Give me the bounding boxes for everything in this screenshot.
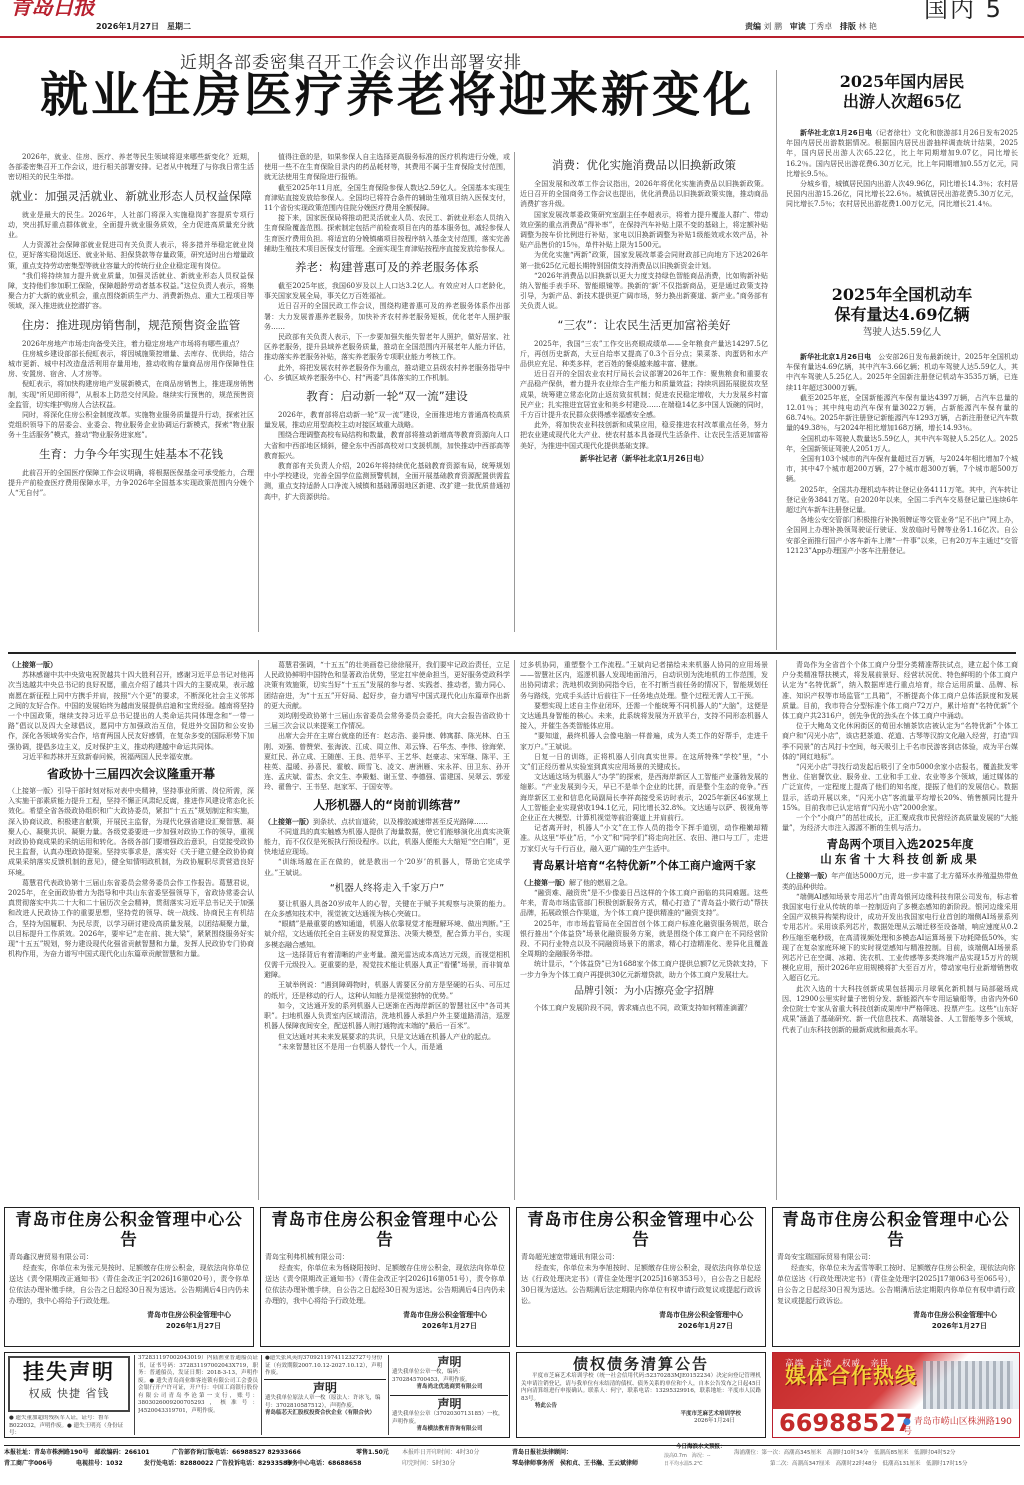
paragraph: 如今，文达通开发的系列机器人已逐渐在西海岸新区的智慧社区中“各司其职”。扫地机器…	[264, 1001, 510, 1032]
paragraph: “端侧AI感知场景专用芯片”由青岛银河边缘科技有限公司发布，标志着我国家电行业从…	[782, 892, 1018, 984]
paragraph: 不同道具的真实触感为机器人提供了海量数据，使它们能够演化出真实决策能力，而不仅仅…	[264, 827, 510, 858]
paragraph: “融资难、融资贵”是不少像姜日吕这样的个体工商户面临的共同难题。这些年来，青岛市…	[520, 888, 768, 919]
paragraph: （上接第一版）引导干部时刻对标对表中央精神，坚持事业所需、岗位所需，深入实施干部…	[8, 786, 254, 878]
paragraph: 截至2025年11月底，全国生育保险参保人数达2.59亿人。全国基本实现生育津贴…	[264, 183, 510, 214]
paragraph: 此外，将把发展农村养老服务作为重点，推动建立县级农村养老服务指导中心、乡镇区域养…	[264, 363, 510, 383]
column-divider	[514, 660, 515, 1200]
notice-box-2: 青岛市住房公积金管理中心公告 青岛宝利弗机械有限公司： 经查实，你单位未为杨晓阳…	[260, 1207, 510, 1347]
paragraph: 近日召开的全国民政工作会议，围绕构建普惠可及的养老服务体系作出部署：大力发展普惠…	[264, 301, 510, 332]
paragraph: 葛慧君强调，“十五五”的壮美画卷已徐徐展开，我们要牢记政治责任，立足人民政协鲜明…	[264, 660, 510, 711]
lower-column-3: 过多机协同，重塑整个工作流程。”王斌向记者描绘未来机器人协同的应用场景——智慧社…	[520, 660, 768, 1200]
section-heading: 住房：推进现房销售制，规范预售资金监管	[8, 318, 254, 333]
article-headline: 省政协十三届四次会议隆重开幕	[8, 766, 254, 782]
paragraph: 2025年，市市场监管局在全国首创个体工商户标准化融资服务规范，联合银行推出“个…	[520, 919, 768, 960]
continued-label: （上接第一版）	[264, 818, 313, 826]
paragraph: 此次入选的十大科技创新成果包括揭示月球氧化新机制与局部磁场成因、12900公里实…	[782, 984, 1018, 1035]
paragraph: 分城乡看，城镇居民国内出游人次49.96亿，同比增长14.3％；农村居民国内出游…	[786, 179, 1018, 210]
paragraph: 这一选择背后有着清晰的产业考量。激光雷达成本高达万元级，而视觉相机仅需千元级投入…	[264, 950, 510, 981]
editor-credits: 责编 刘 鹏 审读 丁秀卓 排版 林 艳	[745, 22, 877, 32]
paragraph: 民政部有关负责人表示，下一步要加强失能失智老年人照护，做好居家、社区养老服务，提…	[264, 332, 510, 363]
lower-column-1: （上接第一版） 苏林感谢中共中央致电祝贺越共十四大胜利召开，感谢习近平总书记对他…	[8, 660, 254, 1200]
notice-date: 2026年1月27日	[777, 1321, 1015, 1332]
section-heading: 生育：力争今年实现生娃基本不花钱	[8, 447, 254, 462]
lead-column-3: 消费：优化实施消费品以旧换新政策 全国发展和改革工作会议指出，2026年将优化实…	[520, 152, 768, 642]
paragraph: 2026年，教育部将启动新一轮“双一流”建设，全面推进地方普通高校高质量发展，推…	[264, 410, 510, 430]
lead-intro: 2026年，就业、住房、医疗、养老等民生领域将迎来哪些新变化？近期，各部委密集召…	[8, 152, 254, 183]
sidebar2-subtitle: 驾驶人达5.59亿人	[784, 328, 1020, 338]
paragraph: 要想实现上述自主作业闭环，还需一个能统筹不同机器人的“大脑”，这便是文达通具身智…	[520, 701, 768, 732]
ad-phone-number: 66988527	[779, 1409, 913, 1437]
reporter: （记者徐壮）	[872, 129, 915, 137]
lead-column-1: 2026年，就业、住房、医疗、养老等民生领域将迎来哪些新变化？近期，各部委密集召…	[8, 152, 254, 632]
paragraph: 习近平和苏林并互致新春问候，祝福两国人民幸福安康。	[8, 752, 254, 762]
paragraph: 就业是最大的民生。2026年，人社部门将深入实施稳岗扩容提质专项行动，突出抓好重…	[8, 210, 254, 241]
sidebar1-body: 新华社北京1月26日电（记者徐壮）文化和旅游部1月26日发布2025年国内居民出…	[786, 128, 1018, 232]
paragraph: 接下来，国家医保局将推动把灵活就业人员、农民工、新就业形态人员纳入生育保险覆盖范…	[264, 213, 510, 254]
paragraph: “闪光小店”寻找行动发起后吸引了全市5000余家小店报名，覆盖批发零售业、住宿餐…	[782, 762, 1018, 813]
notice-closing: 特此公告	[521, 1403, 761, 1411]
ad-address: ● 青岛市崂山区株洲路190号	[903, 1417, 1019, 1437]
lost-items-c: ●遗失张风英的370921197411232727号身份证（有效期限2007.1…	[265, 1355, 385, 1379]
column-divider	[776, 70, 777, 650]
paragraph: 教育部有关负责人介绍，2026年将持续优化基础教育资源布局，统筹规划中小学校建设…	[264, 461, 510, 502]
paragraph: 刘均刚受政协第十三届山东省委员会常务委员会委托，向大会报告省政协十三届三次会议以…	[264, 711, 510, 731]
column-divider	[514, 152, 515, 632]
paragraph: 记者离开时，机器人“小文”在工作人员的指令下挥手道别，动作稚嫩却精准。从这里“毕…	[520, 823, 768, 854]
notice-body: 青岛宝利弗机械有限公司： 经查实，你单位未为杨晓阳按时、足额缴存住房公积金，现依…	[265, 1252, 505, 1307]
notice-signature: 青岛市住房公积金管理中心	[265, 1310, 505, 1321]
notice-signature: 青岛市住房公积金管理中心	[521, 1310, 761, 1321]
issue-date: 2026年1月27日 星期二	[96, 22, 191, 32]
paragraph: 近日召开的全国农业农村厅局长会议部署2026年工作：聚焦粮食和重要农产品稳产保供…	[520, 369, 768, 420]
sidebar2-body: 新华社北京1月26日电 公安部26日发布最新统计，2025年全国机动车保有量达4…	[786, 352, 1018, 644]
dateline: 新华社北京1月26日电	[800, 129, 872, 137]
paragraph: 一个个“小商户”的茁壮成长，正汇聚成我市民营经济高质量发展的“大能量”，为经济大…	[782, 813, 1018, 833]
notice-body: 平度市芝麻艺术培训学校（统一社会信用代码:52370283MJE0152234）…	[521, 1373, 761, 1403]
paragraph: 倪虹表示，将加快构建房地产发展新模式，在商品房销售上，推进现房销售制，实现“所见…	[8, 379, 254, 410]
notice-date: 2026年1月24日	[521, 1418, 761, 1426]
paragraph: 截至2025年底，我国60岁及以上人口达3.2亿人。有效应对人口老龄化，事关国家…	[264, 281, 510, 301]
subheading: 品牌引领：为小店擦亮金字招牌	[520, 984, 768, 999]
continued-label: （上接第一版）	[782, 872, 831, 880]
notice-title: 青岛市住房公积金管理中心公告	[777, 1210, 1015, 1250]
paragraph: 葛慧君代表政协第十三届山东省委员会常务委员会作工作报告。葛慧君说，2025年，在…	[8, 878, 254, 960]
article-headline: 人形机器人的“岗前训练营”	[264, 797, 510, 813]
lost-notice-banner: 挂失声明 权威 快捷 省钱	[8, 1356, 130, 1412]
paragraph: 2025年，全国共办理机动车转让登记业务4111万笔。其中，汽车转让登记业务38…	[786, 485, 1018, 516]
paragraph: 截至2025年底，全国新能源汽车保有量达4397万辆，占汽车总量的12.01％；…	[786, 393, 1018, 434]
notice-title: 青岛市住房公积金管理中心公告	[265, 1210, 505, 1250]
section-heading: 消费：优化实施消费品以旧换新政策	[520, 158, 768, 173]
notice-body: 青岛安宝瑞国际贸易有限公司： 经查实，你单位未为孟雪等职工按时、足额缴存住房公积…	[777, 1252, 1015, 1307]
notice-signature: 平度市芝麻艺术培训学校	[521, 1411, 761, 1419]
paragraph: 全国有103个城市的汽车保有量超过百万辆，与2024年相比增加7个城市，其中47…	[786, 454, 1018, 485]
notice-date: 2026年1月27日	[521, 1321, 761, 1332]
column-divider	[258, 660, 259, 1200]
sidebar2-headline: 2025年全国机动车 保有量达4.69亿辆	[784, 285, 1020, 325]
paragraph: 文达通这场为机器人“办学”的探索，是西海岸新区人工智能产业蓬勃发展的缩影。“产业…	[520, 772, 768, 823]
subheading: “机器人终将走入千家万户”	[264, 881, 510, 896]
notice-box-3: 青岛市住房公积金管理中心公告 青岛超光速宽带通讯有限公司： 经查实，你单位未为李…	[516, 1207, 766, 1347]
paragraph: 但文达通对其未来发展要求的共识，只是文达通在机器人产业的起点。	[264, 1032, 510, 1042]
notice-title: 青岛市住房公积金管理中心公告	[521, 1210, 761, 1250]
paragraph: 2025年，我国“三农”工作交出亮眼成绩单——全年粮食产量达14297.5亿斤，…	[520, 339, 768, 370]
lost-items-b: 372831197002043019）内陆渔业普通船员证书，证书号码：37283…	[138, 1355, 258, 1435]
paragraph: 同时，将深化住房公积金制度改革。实施物业服务质量提升行动，探索社区党组织领导下的…	[8, 410, 254, 441]
statement-1: 声明 遗失我单位原法人章一枚（原法人：许冰飞，编号：3702810587512）…	[265, 1381, 385, 1418]
notice-body: 青岛超光速宽带通讯有限公司： 经查实，你单位未为李旭按时、足额缴存住房公积金，现…	[521, 1252, 761, 1307]
paragraph: 过多机协同，重塑整个工作流程。”王斌向记者描绘未来机器人协同的应用场景——智慧社…	[520, 660, 768, 701]
paragraph: 王斌举例说：“遇到障碍物时，机器人需要区分前方是坚硬的石头、可压过的纸片，还是移…	[264, 980, 510, 1000]
lead-byline: 新华社记者（新华社北京1月26日电）	[520, 454, 768, 464]
paragraph: 青岛作为全省首个个体工商户分型分类精准帮扶试点，建立起个体工商户分类精准帮扶模式…	[782, 660, 1018, 721]
notice-title: 青岛市住房公积金管理中心公告	[9, 1210, 249, 1250]
lead-column-2: 值得注意的是，如果参保人自主选择更高服务标准的医疗机构进行分娩，或使用一些不在生…	[264, 152, 510, 632]
continued-label: （上接第一版）	[8, 661, 57, 669]
debt-liquidation-notice: 债权债务清算公告 平度市芝麻艺术培训学校（统一社会信用代码:52370283MJ…	[516, 1352, 766, 1438]
section-heading: “三农”：让农民生活更加富裕美好	[520, 318, 768, 333]
lower-column-2: 葛慧君强调，“十五五”的壮美画卷已徐徐展开，我们要牢记政治责任，立足人民政协鲜明…	[264, 660, 510, 1200]
paragraph: 人力资源社会保障部就业促进司有关负责人表示，将多措并举稳定就业岗位，更好落实稳岗…	[8, 240, 254, 271]
statement-2: 声明 遗失我单位公章一枚，编码：3702845700453，声明作废。 青岛尚北…	[392, 1355, 507, 1392]
paragraph: 要让机器人具备20岁成年人的心智，关键在于赋予其观察与决策的能力。在众多感知技术…	[264, 899, 510, 919]
paragraph: 全国发展和改革工作会议指出，2026年将优化实施消费品以旧换新政策。近日召开的全…	[520, 179, 768, 210]
paragraph: 位于大鲍岛文化休闲街区的荀田水铺茶饮店被认定为“名特优新”个体工商户和“闪光小店…	[782, 721, 1018, 762]
section-page-label: 国内 5	[924, 4, 1003, 14]
footer-divider	[4, 1445, 1020, 1446]
classifieds-box: 挂失声明 权威 快捷 省钱 ● 遗失董加超的残疾军人证，证号：鲁军B022032…	[4, 1352, 510, 1438]
paragraph: 统计显示，“个体益贷”已为1688家个体工商户提供总额7亿元贷款支持，下一步力争…	[520, 959, 768, 979]
notice-box-4: 青岛市住房公积金管理中心公告 青岛安宝瑞国际贸易有限公司： 经查实，你单位未为孟…	[772, 1207, 1020, 1347]
notice-date: 2026年1月27日	[265, 1321, 505, 1332]
building-illustration	[923, 1361, 1013, 1411]
article-headline: 青岛累计培育“名特优新”个体工商户逾两千家	[520, 858, 768, 874]
media-cooperation-ad: 高端 主流 权威 亲民 媒体合作热线 66988527 ● 青岛市崂山区株洲路1…	[772, 1352, 1020, 1438]
paragraph: 个体工商户发展阶段不同，需求痛点也不同，政策支持如何精准滴灌？	[520, 1003, 768, 1013]
paragraph: “2026年消费品以旧换新以更大力度支持绿色智能商品消费，比如购新补贴纳入智能手…	[520, 271, 768, 312]
masthead-divider	[0, 36, 1024, 38]
paragraph: 此前召开的全国医疗保障工作会议明确，将根据医保基金可承受能力，合理提升产前检查医…	[8, 468, 254, 499]
section-heading: 养老：构建普惠可及的养老服务体系	[264, 260, 510, 275]
paragraph: 全国机动车驾驶人数量达5.59亿人，其中汽车驾驶人5.25亿人。2025年，全国…	[786, 434, 1018, 454]
location-pin-icon: ●	[903, 1417, 911, 1427]
paragraph: “未来智慧社区不是用一台机器人替代一个人，而是通	[264, 1042, 510, 1052]
paragraph: 日复一日的训练，正将机器人引向真实世界。在这所特殊“学校”里，“小文”们正经历着…	[520, 752, 768, 772]
paragraph: 围绕合理调整高校布局结构和数量，教育部将推动新增高等教育资源向人口大省和中西部地…	[264, 430, 510, 461]
paragraph: 值得注意的是，如果参保人自主选择更高服务标准的医疗机构进行分娩，或使用一些不在生…	[264, 152, 510, 183]
notice-box-1: 青岛市住房公积金管理中心公告 青岛鑫汉唐贸易有限公司： 经查实，你单位未为张元昊…	[4, 1207, 254, 1347]
notice-body: 青岛鑫汉唐贸易有限公司： 经查实，你单位未为张元昊按时、足额缴存住房公积金，现依…	[9, 1252, 249, 1307]
statement-3: 声明 遗失我单位公章（3702030713185）一枚，声明作废。 青岛横法教育…	[392, 1397, 507, 1434]
paragraph: “我们将持续加力提升就业质量，加强灵活就业、新就业形态人员权益保障，支持他们参加…	[8, 271, 254, 312]
notice-signature: 青岛市住房公积金管理中心	[9, 1310, 249, 1321]
notice-signature: 青岛市住房公积金管理中心	[777, 1310, 1015, 1321]
paragraph: 各地公安交管部门积极推行补换领牌证等交管业务“足不出户”网上办，全国网上办理补换…	[786, 515, 1018, 556]
column-divider	[258, 152, 259, 632]
section-heading: 就业：加强灵活就业、新就业形态人员权益保障	[8, 189, 254, 204]
column-divider	[776, 660, 777, 1200]
article-headline: 青岛两个项目入选2025年度 山东省十大科技创新成果	[782, 837, 1018, 867]
paragraph: 为优化实施“两新”政策，国家发展改革委会同财政部已向地方下达2026年第一批62…	[520, 250, 768, 270]
sidebar1-headline: 2025年国内居民 出游人次超65亿	[784, 72, 1020, 112]
paragraph: “训练场越在正在做的，就是教出一个‘20岁’的机器人，帮助它完成学业。”王斌说。	[264, 857, 510, 877]
paragraph: 苏林感谢中共中央致电祝贺越共十四大胜利召开，感谢习近平总书记对他再次当选越共中央…	[8, 670, 254, 752]
lower-column-4: 青岛作为全省首个个体工商户分型分类精准帮扶试点，建立起个体工商户分类精准帮扶模式…	[782, 660, 1018, 1200]
notice-title: 债权债务清算公告	[521, 1355, 761, 1373]
newspaper-logo: 青岛日报	[10, 2, 94, 12]
ad-title: 媒体合作热线	[785, 1371, 917, 1381]
paragraph: 出席大会并在主席台就座的还有：赵志浩、姜异康、韩寓群、陈光林、白玉刚、刘强、曾赞…	[264, 731, 510, 792]
lead-headline: 就业住房医疗养老将迎来新变化	[40, 90, 754, 100]
paragraph: “眼睛”是最重要的感知通道，机器人依靠视觉才能理解环境、做出判断。”王斌介绍，文…	[264, 919, 510, 950]
paragraph: “要知道，最终机器人会像电脑一样普遍，成为人类工作的好帮手，走进千家万户。”王斌…	[520, 731, 768, 751]
notice-date: 2026年1月27日	[9, 1321, 249, 1332]
paragraph: 住房城乡建设部部长倪虹表示，将因城施策控增量、去库存、优供给，结合城市更新、城中…	[8, 349, 254, 380]
lost-items-a: ● 遗失董加超的残疾军人证，证号：鲁军B022032，声明作废。● 遗失王明亮（…	[9, 1415, 129, 1435]
paragraph: 2026年房地产市场走向备受关注，着力稳定房地产市场将有哪些重点？	[8, 339, 254, 349]
section-divider	[8, 652, 1016, 654]
paragraph: 国家发展改革委政策研究室副主任李超表示，将着力提升覆盖人群广、带动效应强的重点消…	[520, 210, 768, 251]
section-heading: 教育：启动新一轮“双一流”建设	[264, 389, 510, 404]
paragraph: 此外，将加快农业科技创新和成果应用，稳妥推进农村改革重点任务，努力把农业建成现代…	[520, 420, 768, 451]
dateline: 新华社北京1月26日电	[800, 353, 871, 361]
continued-label: （上接第一版）	[520, 879, 569, 887]
